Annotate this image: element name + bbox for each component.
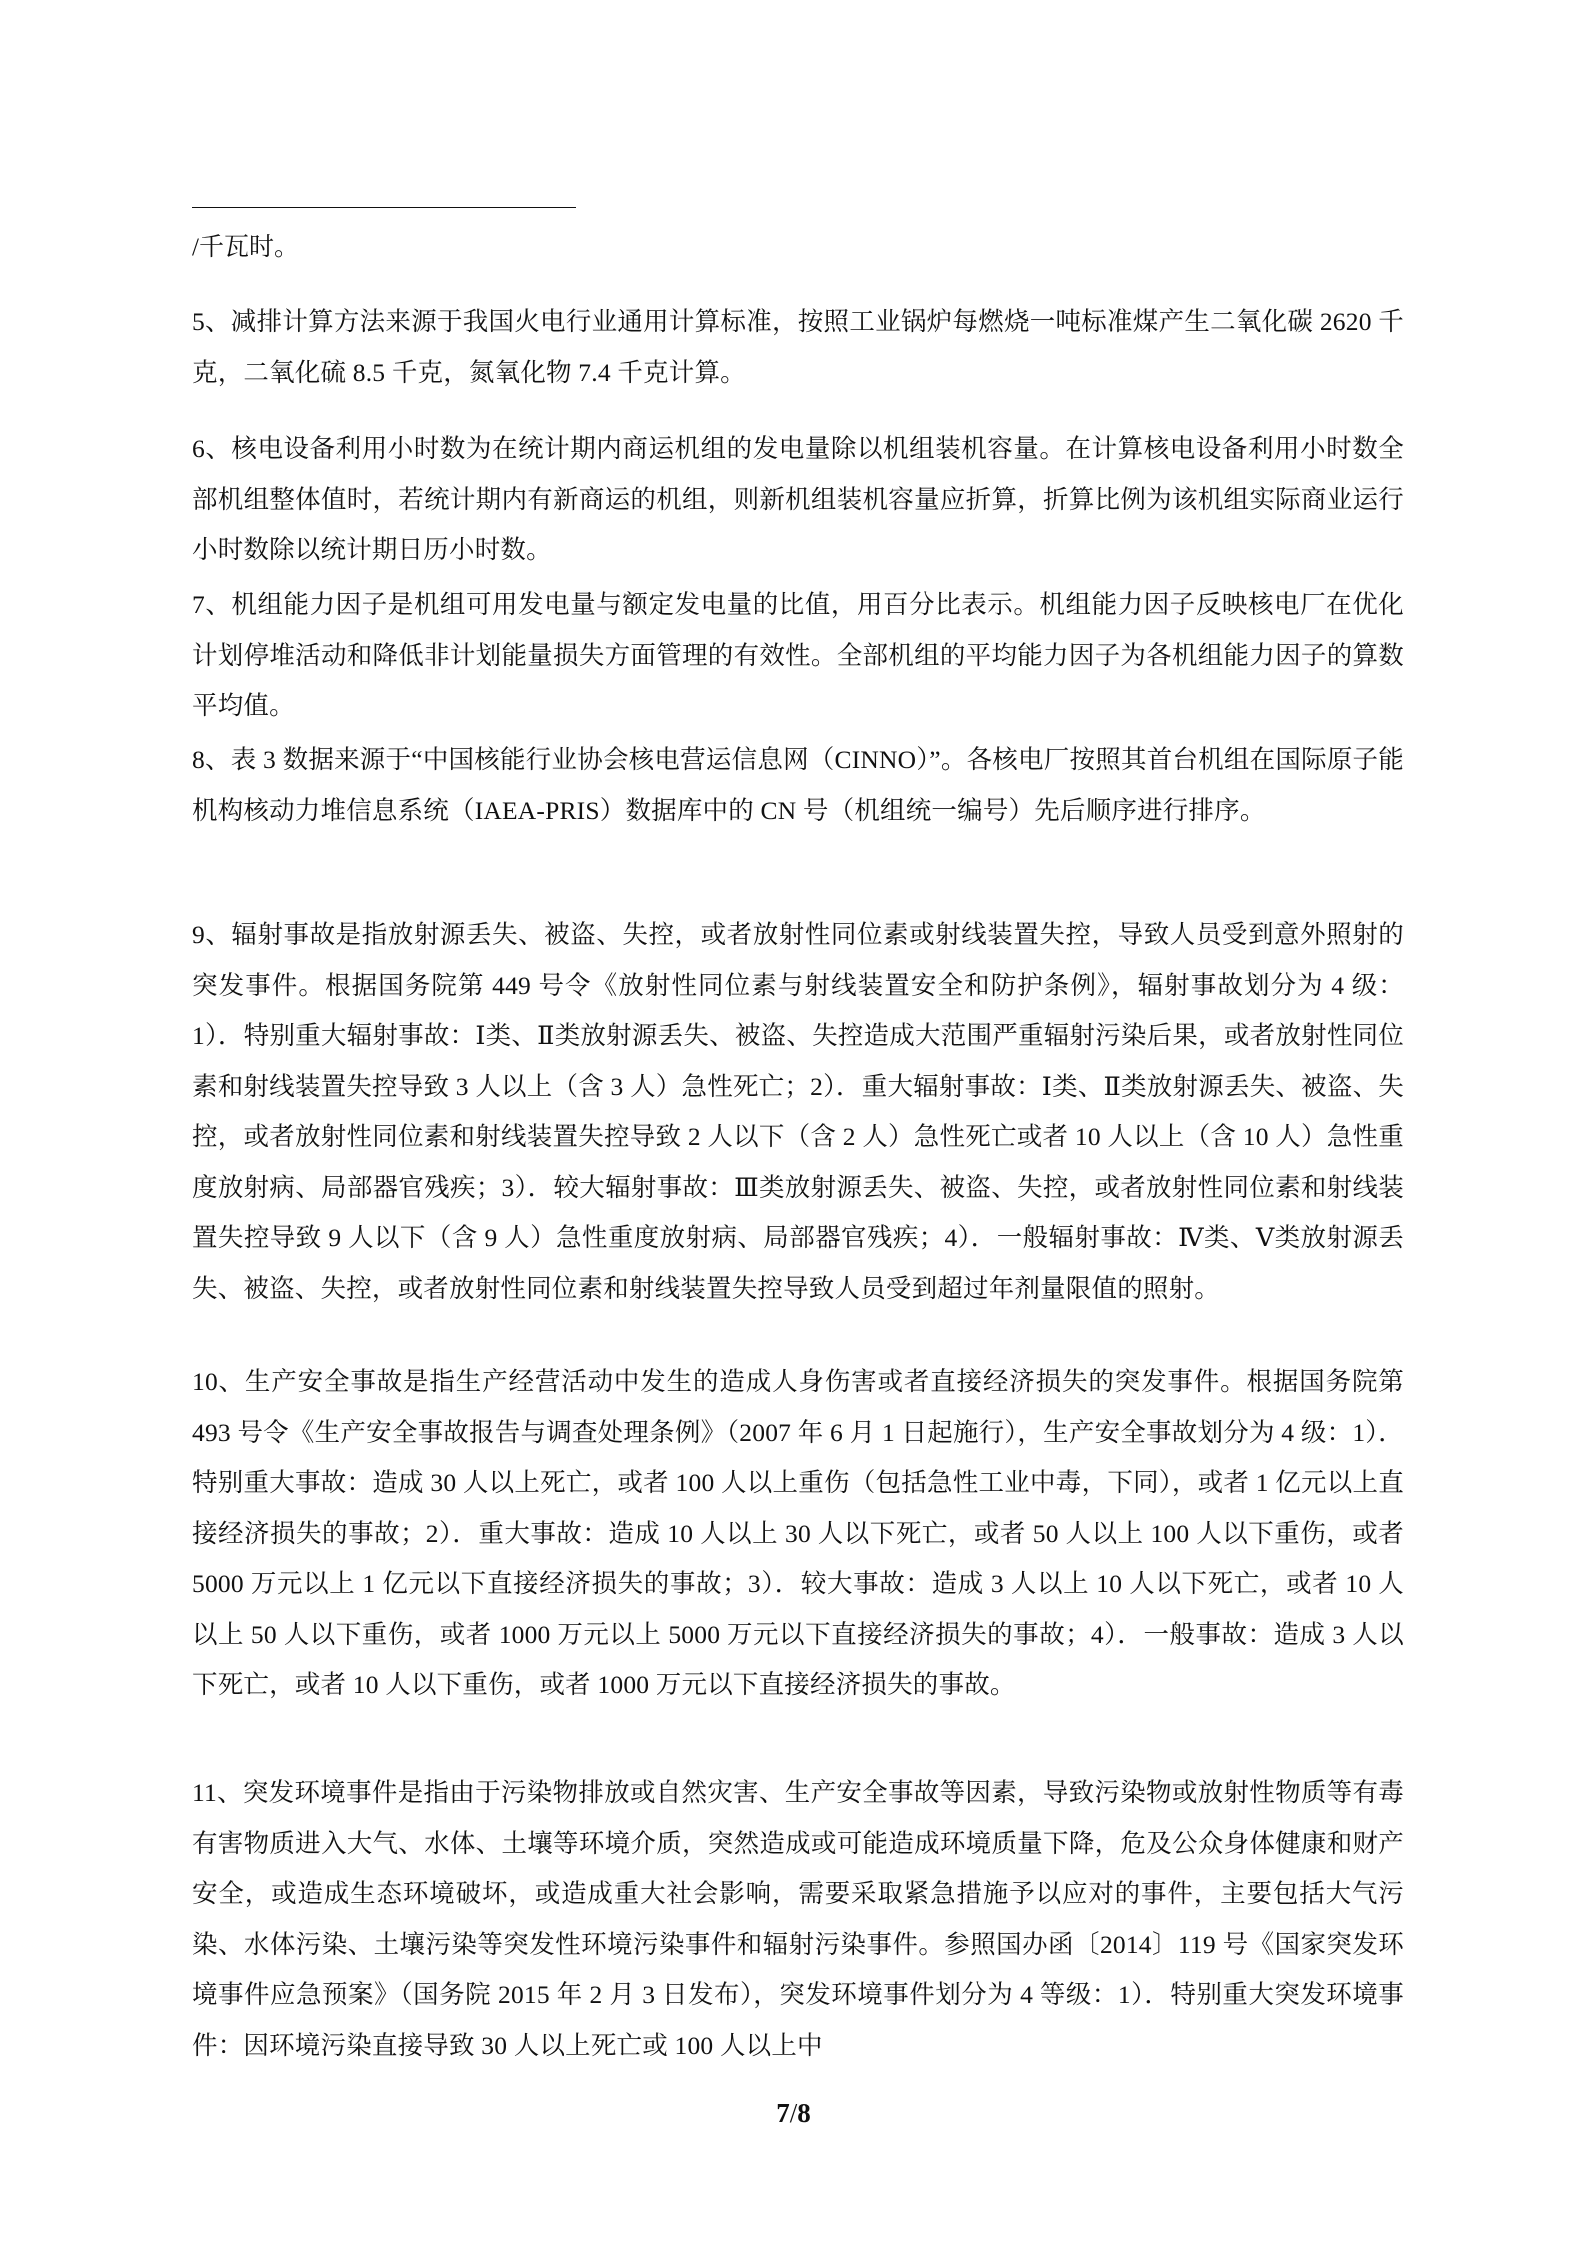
note-paragraph-7: 7、机组能力因子是机组可用发电量与额定发电量的比值，用百分比表示。机组能力因子反… [192,580,1404,732]
note-paragraph-11: 11、突发环境事件是指由于污染物排放或自然灾害、生产安全事故等因素，导致污染物或… [192,1768,1404,2071]
continuation-text: /千瓦时。 [192,230,299,266]
note-paragraph-5: 5、减排计算方法来源于我国火电行业通用计算标准，按照工业锅炉每燃烧一吨标准煤产生… [192,297,1404,398]
footnote-separator-rule [192,207,576,208]
page-total: 8 [797,2098,811,2128]
note-paragraph-10: 10、生产安全事故是指生产经营活动中发生的造成人身伤害或者直接经济损失的突发事件… [192,1357,1404,1711]
note-paragraph-9: 9、辐射事故是指放射源丢失、被盗、失控，或者放射性同位素或射线装置失控，导致人员… [192,910,1404,1314]
note-paragraph-8: 8、表 3 数据来源于“中国核能行业协会核电营运信息网（CINNO）”。各核电厂… [192,735,1404,836]
note-paragraph-6: 6、核电设备利用小时数为在统计期内商运机组的发电量除以机组装机容量。在计算核电设… [192,424,1404,576]
page-number: 7/8 [0,2098,1587,2129]
document-page: /千瓦时。 5、减排计算方法来源于我国火电行业通用计算标准，按照工业锅炉每燃烧一… [0,0,1587,2245]
page-current: 7 [776,2098,790,2128]
